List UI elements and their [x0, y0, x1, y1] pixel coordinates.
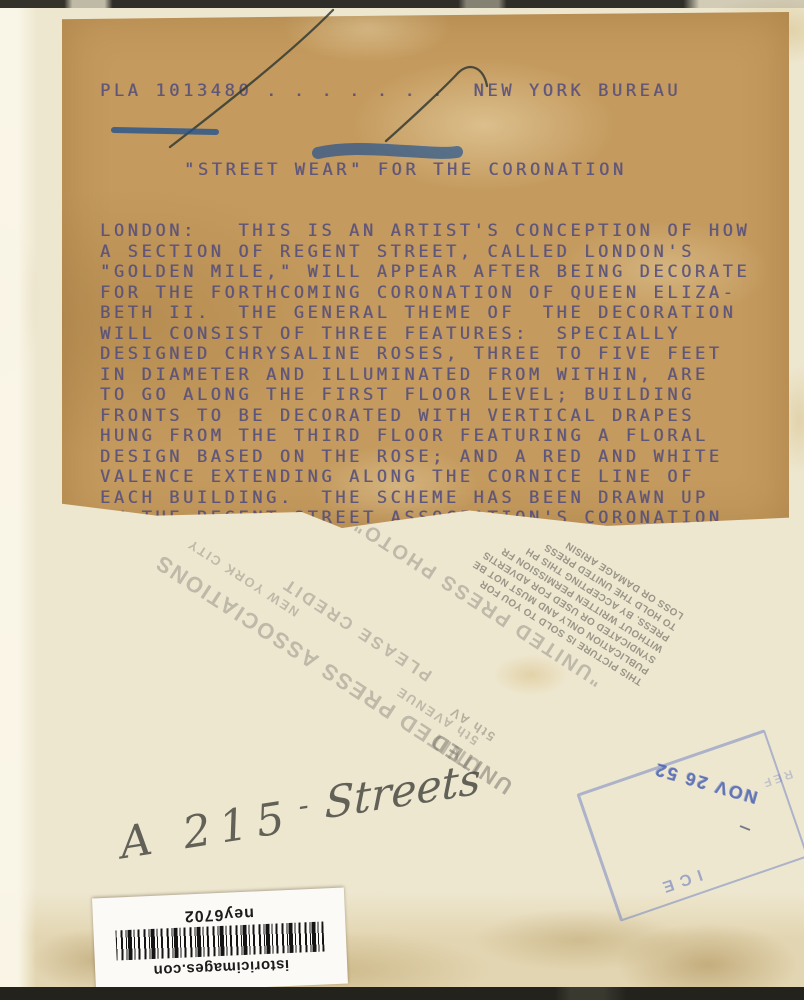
sticker-code-text: ney6702: [183, 904, 254, 925]
caption-slip: PLA 1013480 . . . . . . . NEW YORK BUREA…: [62, 12, 789, 528]
barcode: [115, 922, 324, 961]
handwritten-dash: -: [296, 788, 311, 824]
date-stamp-box: [576, 729, 804, 921]
handwritten-catalog-number: A 215: [116, 791, 297, 869]
scan-edge-bottom: [0, 987, 804, 1000]
press-photo-back: PLA 1013480 . . . . . . . NEW YORK BUREA…: [0, 0, 804, 1000]
scan-edge-top: [0, 0, 804, 8]
barcode-sticker: istoricimages.con ney6702: [92, 888, 348, 995]
caption-header-line: PLA 1013480 . . . . . . . NEW YORK BUREA…: [100, 81, 750, 102]
sticker-site-text: istoricimages.con: [153, 957, 290, 980]
handwritten-word: Streets: [325, 754, 481, 829]
handwritten-note: A 215 - Streets: [116, 762, 484, 869]
caption-title: "STREET WEAR" FOR THE CORONATION: [184, 160, 750, 181]
